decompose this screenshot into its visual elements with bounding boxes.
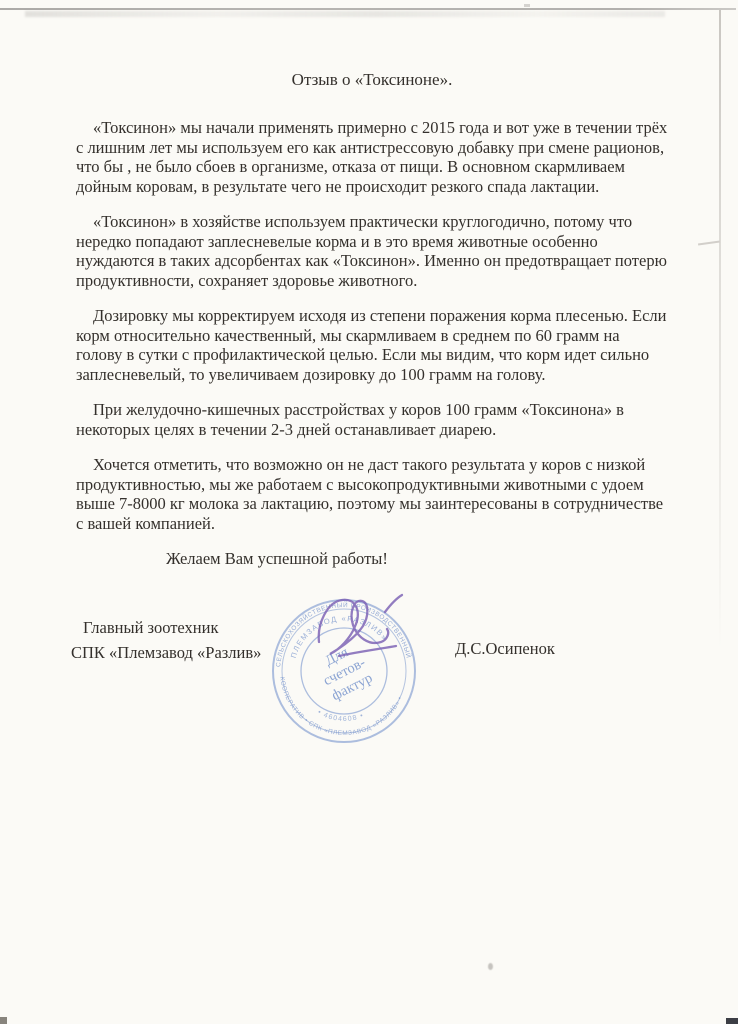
scan-artifact-smudge xyxy=(25,11,665,17)
paper-edge-shadow xyxy=(719,10,721,650)
scan-artifact-top-line xyxy=(0,8,736,10)
paragraph: Хочется отметить, что возможно он не дас… xyxy=(76,455,668,533)
signer-name: Д.С.Осипенок xyxy=(455,639,555,659)
paragraph: «Токсинон» мы начали применять примерно … xyxy=(76,118,668,196)
signer-position-line2: СПК «Племзавод «Разлив» xyxy=(71,643,261,663)
scanned-page: Отзыв о «Токсиноне». «Токсинон» мы начал… xyxy=(0,0,738,1024)
paragraph: При желудочно-кишечных расстройствах у к… xyxy=(76,400,668,439)
paragraph: «Токсинон» в хозяйстве используем практи… xyxy=(76,212,668,290)
signer-position-line1: Главный зоотехник xyxy=(83,618,218,638)
document-title: Отзыв о «Токсиноне». xyxy=(76,70,668,90)
scan-artifact-corner xyxy=(0,1017,7,1024)
handwritten-signature xyxy=(295,590,415,670)
letter-body: Отзыв о «Токсиноне». «Токсинон» мы начал… xyxy=(76,70,668,569)
scan-artifact-tick xyxy=(698,240,720,245)
closing-line: Желаем Вам успешной работы! xyxy=(166,549,668,569)
scan-artifact-speck xyxy=(488,963,493,970)
scan-artifact-speck xyxy=(524,4,530,7)
paragraph: Дозировку мы корректируем исходя из степ… xyxy=(76,306,668,384)
scan-artifact-corner xyxy=(726,1018,738,1024)
